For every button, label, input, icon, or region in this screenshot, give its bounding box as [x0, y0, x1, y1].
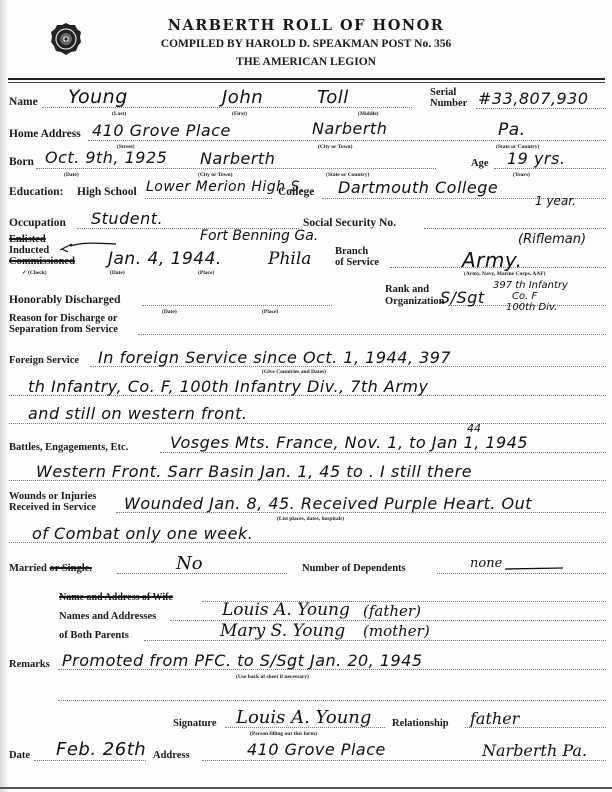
remarks-value[interactable]: Promoted from PFC. to S/Sgt Jan. 20, 194… — [62, 651, 423, 670]
college-note[interactable]: 1 year. — [535, 194, 576, 208]
org-line-2[interactable]: Co. F — [512, 291, 537, 302]
parents-line-2 — [144, 640, 606, 641]
occupation-value[interactable]: Student. — [91, 209, 163, 228]
form-title: NARBERTH ROLL OF HONOR — [0, 17, 612, 34]
wounds-label-1: Wounds or Injuries — [9, 491, 96, 502]
foreign-service-text-3[interactable]: and still on western front. — [28, 404, 247, 423]
home-address-label: Home Address — [9, 128, 81, 140]
name-first-value[interactable]: John — [222, 87, 263, 108]
mother-note[interactable]: (mother) — [363, 622, 430, 640]
college-label: College — [278, 186, 314, 198]
form-subtitle: COMPILED BY HAROLD D. SPEAKMAN POST No. … — [0, 38, 612, 50]
home-city-caption: (City or Town) — [318, 144, 352, 150]
foreign-service-text-2[interactable]: th Infantry, Co. F, 100th Infantry Div.,… — [28, 377, 428, 396]
foreign-service-line-3 — [9, 423, 606, 424]
discharged-line — [142, 305, 332, 306]
home-state-value[interactable]: Pa. — [498, 120, 526, 140]
born-line — [36, 168, 436, 169]
reason-line — [138, 334, 606, 335]
wife-label-struck: Name and Address of Wife — [59, 592, 173, 603]
battles-superscript[interactable]: 44 — [467, 422, 481, 435]
serial-line — [476, 108, 606, 109]
relationship-label: Relationship — [392, 718, 449, 729]
remarks-line-2 — [58, 700, 606, 701]
wounds-text-2[interactable]: of Combat only one week. — [32, 524, 253, 543]
relationship-value[interactable]: father — [470, 709, 519, 728]
name-last-caption: (Last) — [112, 111, 126, 117]
address-label: Address — [153, 750, 190, 761]
born-label: Born — [9, 156, 34, 168]
battles-label: Battles, Engagements, Etc. — [9, 442, 128, 453]
name-middle-caption: (Middle) — [358, 111, 378, 117]
dependents-label: Number of Dependents — [302, 563, 406, 574]
entry-place-top-value[interactable]: Fort Benning Ga. — [200, 228, 318, 244]
address-city-value[interactable]: Narberth Pa. — [482, 741, 587, 760]
signature-label: Signature — [173, 718, 217, 729]
enlisted-label: Enlisted — [9, 234, 46, 245]
check-caption: ✓ (Check) — [22, 270, 47, 276]
ssn-line — [424, 228, 606, 229]
name-middle-value[interactable]: Toll — [317, 87, 349, 108]
born-date-caption: (Date) — [64, 172, 79, 178]
married-label-text: Married — [9, 563, 47, 574]
father-note[interactable]: (father) — [363, 602, 421, 620]
dependents-value[interactable]: none — [470, 556, 502, 571]
branch-label-1: Branch — [335, 246, 368, 257]
foreign-service-caption: (Give Countries and Dates) — [262, 369, 326, 375]
entry-date-value[interactable]: Jan. 4, 1944. — [108, 249, 222, 269]
page-bottom-border — [0, 787, 612, 789]
branch-label-2: of Service — [335, 257, 379, 268]
organization-name: THE AMERICAN LEGION — [0, 56, 612, 68]
branch-note[interactable]: (Rifleman) — [518, 232, 586, 247]
age-line — [494, 168, 606, 169]
rank-label-1: Rank and — [385, 284, 429, 295]
battles-text-2[interactable]: Western Front. Sarr Basin Jan. 1, 45 to … — [36, 462, 472, 481]
wounds-text-1[interactable]: Wounded Jan. 8, 45. Received Purple Hear… — [124, 494, 532, 513]
entry-place-caption: (Place) — [198, 270, 214, 276]
signature-caption: (Person filling out this form) — [250, 731, 317, 737]
dependents-line — [437, 573, 606, 574]
home-street-value[interactable]: 410 Grove Place — [92, 121, 231, 140]
foreign-service-label: Foreign Service — [9, 355, 79, 366]
serial-label-2: Number — [430, 98, 467, 109]
serial-number-value[interactable]: #33,807,930 — [478, 89, 589, 108]
battles-text-1[interactable]: Vosges Mts. France, Nov. 1, to Jan 1, 19… — [170, 433, 528, 452]
married-label: Married or Single. — [9, 563, 92, 574]
education-label: Education: — [9, 186, 63, 198]
rank-label-2: Organization — [385, 296, 445, 307]
age-label: Age — [471, 158, 489, 169]
dependents-underline-stroke — [505, 566, 565, 572]
wounds-label-2: Received in Service — [9, 502, 96, 513]
serial-label-1: Serial — [430, 87, 456, 98]
married-value[interactable]: No — [176, 553, 203, 574]
father-name-value[interactable]: Louis A. Young — [222, 600, 350, 620]
wounds-caption: (List places, dates, hospitals) — [277, 516, 344, 522]
occupation-label: Occupation — [9, 217, 66, 229]
discharged-date-caption: (Date) — [162, 309, 177, 315]
address-value[interactable]: 410 Grove Place — [247, 740, 386, 759]
born-city-caption: (City or Town) — [198, 172, 232, 178]
age-value[interactable]: 19 yrs. — [507, 149, 565, 168]
date-value[interactable]: Feb. 26th — [56, 739, 146, 760]
high-school-label: High School — [77, 186, 137, 198]
signature-value[interactable]: Louis A. Young — [236, 707, 371, 728]
address-line — [202, 760, 606, 761]
branch-value[interactable]: Army. — [462, 248, 523, 272]
inducted-label[interactable]: Inducted — [9, 245, 49, 256]
entry-place-value[interactable]: Phila — [268, 249, 311, 269]
foreign-service-text-1[interactable]: In foreign Service since Oct. 1, 1944, 3… — [98, 348, 451, 367]
scan-edge-shadow — [0, 0, 8, 792]
born-date-value[interactable]: Oct. 9th, 1925 — [45, 148, 167, 167]
org-line-3[interactable]: 100th Div. — [506, 302, 557, 313]
name-label: Name — [9, 96, 38, 108]
entry-date-caption: (Date) — [110, 270, 125, 276]
parents-label-1: Names and Addresses — [59, 611, 156, 622]
date-label: Date — [9, 750, 30, 761]
single-label-struck: or Single. — [50, 563, 92, 574]
commissioned-label: Commissioned — [9, 256, 75, 267]
header-divider-thick — [8, 78, 605, 80]
reason-label-2: Separation from Service — [9, 324, 118, 335]
roll-of-honor-form: NARBERTH ROLL OF HONOR COMPILED BY HAROL… — [0, 0, 612, 792]
college-value[interactable]: Dartmouth College — [338, 178, 498, 197]
age-caption: (Years) — [513, 172, 530, 178]
date-line — [34, 760, 146, 761]
name-first-caption: (First) — [232, 111, 247, 117]
home-address-line — [88, 140, 606, 141]
remarks-label: Remarks — [9, 659, 50, 670]
born-city-value[interactable]: Narberth — [200, 149, 275, 168]
header-divider-thin — [8, 82, 605, 83]
rank-value[interactable]: S/Sgt — [440, 288, 485, 307]
high-school-line — [145, 198, 272, 199]
remarks-caption: (Use back of sheet if necessary) — [236, 674, 309, 680]
parents-label-2: of Both Parents — [59, 630, 129, 641]
org-line-1[interactable]: 397 th Infantry — [493, 280, 568, 291]
home-city-value[interactable]: Narberth — [312, 119, 387, 138]
battles-line-1 — [160, 452, 606, 453]
reason-label-1: Reason for Discharge or — [9, 313, 118, 324]
name-last-value[interactable]: Young — [68, 86, 128, 108]
discharged-label: Honorably Discharged — [9, 294, 121, 306]
branch-caption: (Army, Navy, Marine Corps, AAF) — [464, 271, 545, 277]
mother-name-value[interactable]: Mary S. Young — [220, 621, 345, 641]
discharged-place-caption: (Place) — [262, 309, 278, 315]
